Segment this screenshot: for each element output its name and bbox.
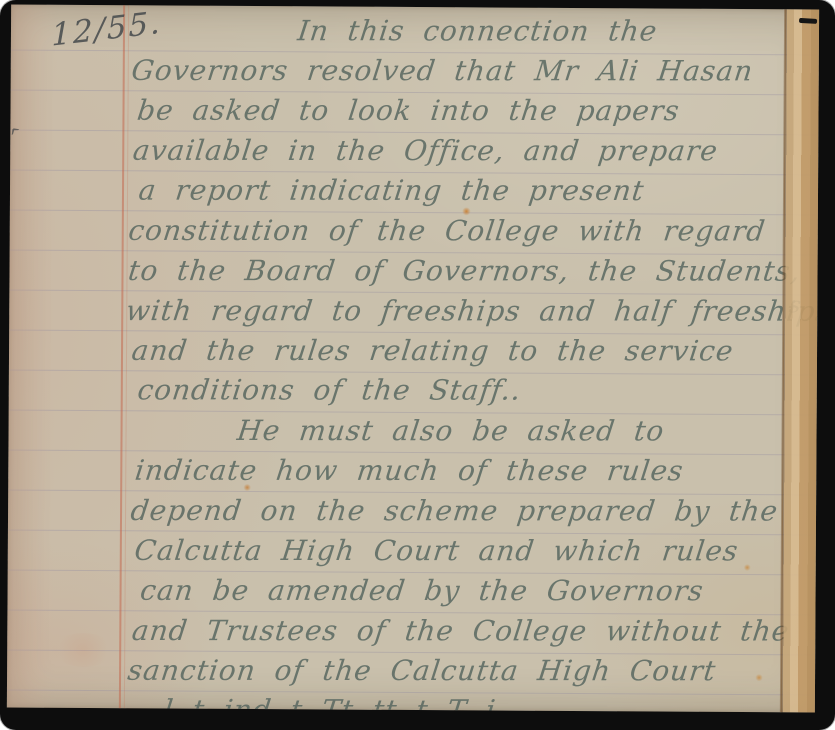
handwritten-line: can be amended by the Governors	[138, 574, 705, 608]
handwritten-line: Calcutta High Court and which rules	[133, 534, 741, 569]
binding-edge	[781, 9, 819, 712]
handwritten-line: a report indicating the present	[137, 174, 647, 208]
handwriting-lines: In this connection theGovernors resolved…	[7, 5, 819, 713]
handwritten-line: constitution of the College with regard	[126, 214, 767, 249]
handwritten-line: indicate how much of these rules	[133, 454, 686, 488]
corner-dash-mark	[799, 18, 817, 24]
handwritten-line: sanction of the Calcutta High Court	[126, 654, 718, 688]
handwritten-line: to the Board of Governors, the Students,	[126, 254, 803, 289]
handwritten-line: depend on the scheme prepared by the	[129, 494, 780, 529]
handwritten-line: available in the Office, and prepare	[131, 134, 720, 168]
handwritten-line: and Trustees of the College without the	[130, 614, 791, 649]
screenshot-stage: 12/55. In this connection theGovernors r…	[0, 0, 835, 730]
photo-frame: 12/55. In this connection theGovernors r…	[0, 0, 835, 730]
handwritten-line: with regard to freeships and half freesh…	[124, 294, 819, 329]
handwritten-line: be asked to look into the papers	[135, 94, 682, 128]
handwritten-line: In this connection the	[296, 14, 660, 48]
handwritten-line: and the rules relating to the service	[130, 334, 736, 369]
handwritten-line: conditions of the Staff..	[136, 373, 524, 407]
handwritten-line-cutoff: l t ind t Tt tt t T i	[162, 693, 498, 712]
notebook-page: 12/55. In this connection theGovernors r…	[7, 5, 819, 713]
handwritten-line: Governors resolved that Mr Ali Hasan	[129, 54, 755, 89]
handwritten-line: He must also be asked to	[235, 414, 666, 448]
